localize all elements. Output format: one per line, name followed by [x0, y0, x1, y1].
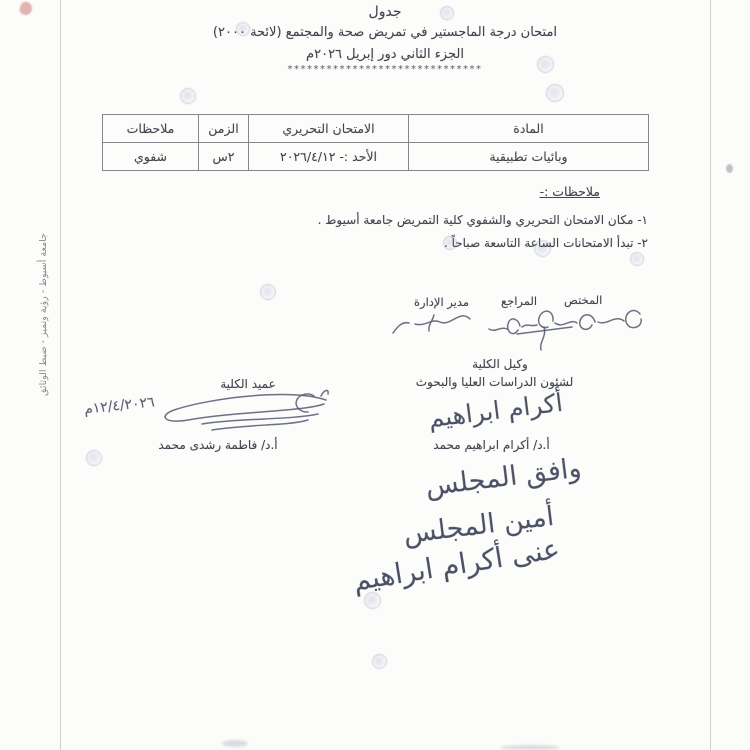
stamp-mark [537, 56, 554, 73]
stamp-mark [180, 88, 196, 104]
document-header: جدول امتحان درجة الماجستير في تمريض صحة … [60, 4, 710, 75]
cell-subject: وبائيات تطبيقية [409, 143, 649, 171]
scan-dot [726, 164, 733, 173]
cell-notes: شفوي [103, 143, 199, 171]
header-separator: ****************************** [60, 64, 710, 75]
note-item-1: ١- مكان الامتحان التحريري والشفوي كلية ا… [100, 213, 648, 227]
university-margin-watermark: جامعة أسيوط - رؤية وتميز - ضبط الوثائق [38, 233, 49, 396]
stamp-mark [630, 252, 644, 266]
table-header-row: المادة الامتحان التحريري الزمن ملاحظات [103, 115, 649, 143]
vice-dean-subtitle: لشئون الدراسات العليا والبحوث [412, 375, 577, 389]
scanned-document-page: جامعة أسيوط - رؤية وتميز - ضبط الوثائق ج… [0, 0, 750, 750]
table-row: وبائيات تطبيقية الأحد :- ٢٠٢٦/٤/١٢ ٢س شف… [103, 143, 649, 171]
stamp-mark [440, 6, 454, 20]
stamp-mark [260, 284, 276, 300]
col-header-duration: الزمن [199, 115, 249, 143]
header-session-line: الجزء الثاني دور إبريل ٢٠٢٦م [60, 47, 710, 62]
stamp-mark [372, 654, 387, 669]
stamp-mark [236, 22, 250, 36]
notes-section: ملاحظات :- ١- مكان الامتحان التحريري وال… [100, 181, 648, 250]
vice-dean-title: وكيل الكلية [430, 357, 570, 371]
scan-smudge [222, 740, 248, 747]
dean-signature-scrawl [140, 384, 340, 439]
stamp-mark [364, 592, 381, 609]
col-header-notes: ملاحظات [103, 115, 199, 143]
exam-schedule-table: المادة الامتحان التحريري الزمن ملاحظات و… [102, 114, 649, 171]
stamp-mark [86, 450, 102, 466]
vice-dean-signature: أكرام ابراهيم [427, 388, 565, 433]
col-header-written-exam: الامتحان التحريري [249, 115, 409, 143]
dean-name: أ.د/ فاطمة رشدى محمد [148, 438, 288, 452]
left-margin-rule [60, 0, 61, 750]
col-header-subject: المادة [409, 115, 649, 143]
stamp-mark [534, 240, 551, 257]
scan-smudge [500, 745, 560, 750]
stamp-mark [443, 236, 457, 250]
council-approval-note: وافق المجلس [424, 453, 583, 503]
red-scan-mark [18, 0, 33, 16]
stamp-mark [546, 84, 564, 102]
header-title: جدول [60, 4, 710, 20]
notes-title: ملاحظات :- [540, 184, 600, 199]
cell-duration: ٢س [199, 143, 249, 171]
right-margin-rule [710, 0, 711, 750]
cell-written-exam-date: الأحد :- ٢٠٢٦/٤/١٢ [249, 143, 409, 171]
header-exam-title: امتحان درجة الماجستير في تمريض صحة والمج… [60, 25, 710, 40]
vice-dean-name: أ.د/ أكرام ابراهيم محمد [414, 438, 569, 452]
officials-signatures-scrawl [386, 300, 648, 348]
note-item-2: ٢- تبدأ الامتحانات الساعة التاسعة صباحاً… [100, 236, 648, 250]
